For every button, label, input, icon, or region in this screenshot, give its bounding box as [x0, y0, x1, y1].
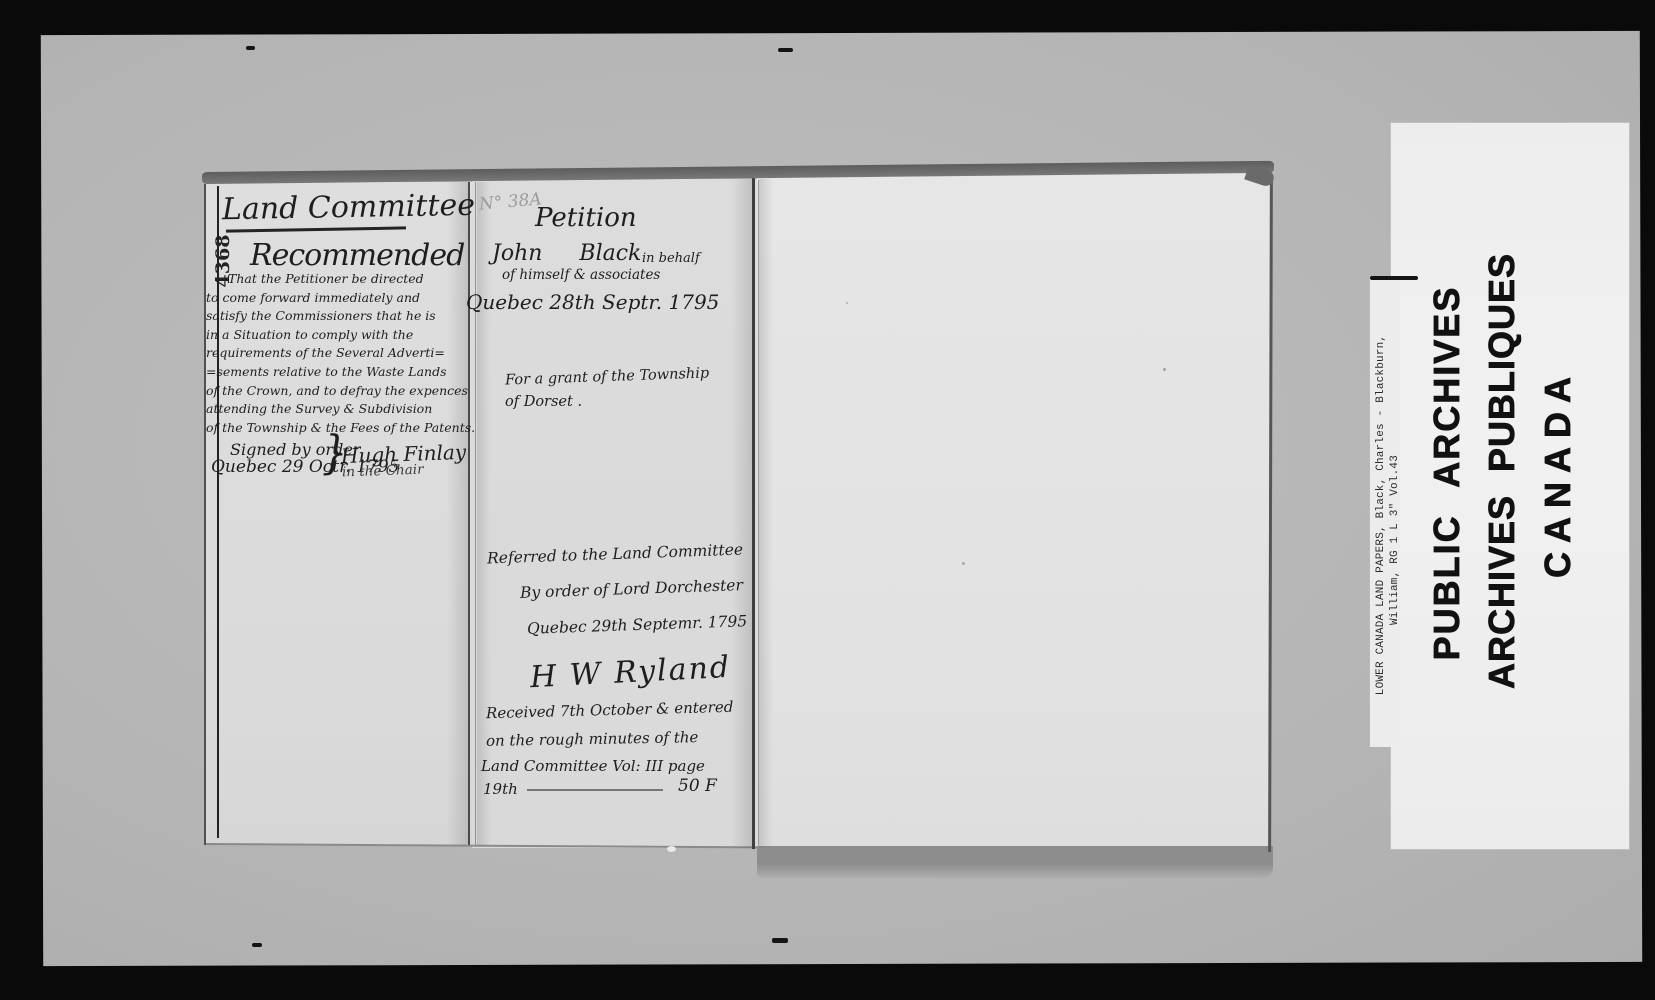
body-line: of the Crown, and to defray the expences	[206, 382, 475, 401]
registration-mark	[778, 48, 793, 52]
received-mark: 50 F	[678, 776, 717, 796]
left-page-subheading: Recommended	[250, 238, 464, 273]
body-line: in a Situation to comply with the	[206, 326, 475, 345]
body-line: =sements relative to the Waste Lands	[206, 363, 475, 382]
of-himself-associates: of himself & associates	[502, 267, 660, 283]
card-title-public-archives: PUBLIC ARCHIVES	[1426, 273, 1468, 673]
fold-line	[758, 180, 759, 848]
page-shadow	[757, 846, 1273, 878]
signature-title: in the Chair	[342, 462, 424, 481]
petition-title: Petition	[535, 203, 637, 233]
fold-line	[475, 182, 476, 845]
dust-speck	[667, 846, 676, 852]
typed-reference-line1: LOWER CANADA LAND PAPERS, Black, Charles…	[1375, 325, 1389, 705]
left-page-heading: Land Committee	[222, 188, 476, 227]
registration-mark	[252, 943, 262, 947]
body-line: That the Petitioner be directed	[206, 270, 475, 289]
card-title-archives-publiques: ARCHIVES PUBLIQUES	[1481, 236, 1523, 706]
card-title-canada: CANADA	[1537, 353, 1579, 593]
ink-dash	[527, 789, 663, 791]
fold-shading	[731, 179, 753, 848]
received-line3: Land Committee Vol: III page	[481, 757, 705, 775]
right-page-blank	[757, 170, 1271, 850]
registration-mark	[246, 46, 255, 50]
body-line: satisfy the Commissioners that he is	[206, 307, 475, 326]
strip-top-mark	[1370, 276, 1418, 280]
body-line: attending the Survey & Subdivision	[206, 400, 475, 419]
fold-shading	[759, 179, 773, 848]
received-line2: on the rough minutes of the	[486, 728, 699, 750]
received-line4: 19th	[483, 780, 518, 798]
typed-reference-line2: William, RG 1 L 3" Vol.43	[1389, 440, 1403, 640]
recommendation-body: That the Petitioner be directed to come …	[206, 270, 475, 437]
body-line: to come forward immediately and	[206, 289, 475, 308]
dust-speck	[1163, 368, 1166, 371]
grant-line2: of Dorset .	[505, 394, 582, 410]
microfilm-scan: Land Committee 4368 Recommended That the…	[0, 0, 1655, 1000]
fold-line	[752, 178, 755, 849]
body-line: requirements of the Several Adverti=	[206, 344, 475, 363]
petitioner-name: John Black	[492, 241, 641, 266]
in-behalf: in behalf	[642, 251, 700, 266]
petition-date: Quebec 28th Septr. 1795	[466, 290, 719, 314]
registration-mark	[772, 938, 788, 943]
dust-speck	[846, 302, 848, 304]
dust-speck	[962, 562, 965, 565]
